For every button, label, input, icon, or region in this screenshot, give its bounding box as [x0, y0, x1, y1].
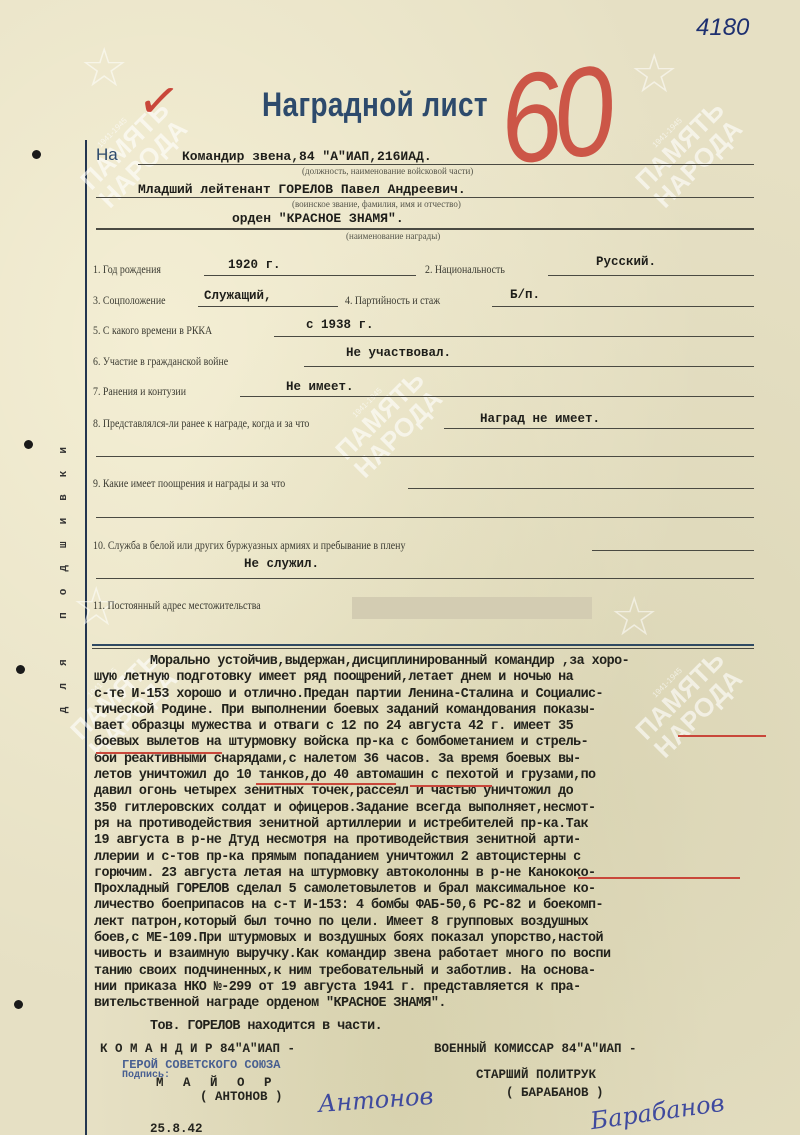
watermark-star-icon: ☆ [630, 42, 678, 105]
field-label-previous-awards: 8. Представлялся-ли ранее к награде, ког… [93, 418, 309, 430]
field-underline [592, 550, 754, 551]
punch-hole-mark [32, 150, 41, 159]
field-underline [96, 578, 754, 579]
field-value-rkka-since: с 1938 г. [306, 318, 374, 332]
field-underline [408, 488, 754, 489]
commissar-name: ( БАРАБАНОВ ) [506, 1086, 604, 1100]
field-underline [444, 428, 754, 429]
field-underline [96, 456, 754, 457]
red-underline-fuel-tankers [578, 877, 740, 879]
name-value: Младший лейтенант ГОРЕЛОВ Павел Андрееви… [138, 182, 466, 197]
award-underline [96, 228, 754, 230]
position-caption: (должность, наименование войсковой части… [302, 166, 473, 176]
field-label-rkka-since: 5. С какого времени в РККА [93, 325, 212, 337]
watermark: 1941-1945 ПАМЯТЬ НАРОДА [625, 91, 747, 213]
field-label-social-status: 3. Соцположение [93, 295, 166, 307]
field-label-nationality: 2. Национальность [425, 264, 505, 276]
commissar-title: ВОЕННЫЙ КОМИССАР 84"А"ИАП - [434, 1042, 637, 1056]
section-divider [92, 648, 754, 649]
red-annotation-number: 60 [493, 37, 614, 193]
field-value-civil-war: Не участвовал. [346, 346, 451, 360]
document-date: 25.8.42 [150, 1122, 203, 1135]
field-value-party: Б/п. [510, 288, 540, 302]
commissar-rank: СТАРШИЙ ПОЛИТРУК [476, 1068, 596, 1082]
citation-text: Морально устойчив,выдержан,дисциплиниров… [94, 654, 784, 1035]
watermark-star-icon: ☆ [80, 36, 128, 99]
commissar-handwritten-signature: Барабанов [589, 1089, 726, 1135]
field-underline [548, 275, 754, 276]
binding-margin-label: для подшивки [58, 430, 78, 713]
award-value: орден "КРАСНОЕ ЗНАМЯ". [232, 211, 404, 226]
field-underline [204, 275, 416, 276]
field-label-commendations: 9. Какие имеет поощрения и награды и за … [93, 478, 285, 490]
punch-hole-mark [14, 1000, 23, 1009]
red-underline-sorties [96, 752, 222, 754]
watermark-star-icon: ☆ [610, 585, 658, 648]
commander-title: К О М А Н Д И Р 84"А"ИАП - [100, 1042, 295, 1056]
field-underline [96, 517, 754, 518]
commander-name: ( АНТОНОВ ) [200, 1090, 283, 1104]
field-underline [240, 396, 754, 397]
position-underline [138, 164, 754, 165]
field-underline [492, 306, 754, 307]
commander-handwritten-signature: Антонов [317, 1082, 434, 1118]
field-value-birth-year: 1920 г. [228, 258, 281, 272]
field-label-wounds: 7. Ранения и контузии [93, 386, 186, 398]
red-checkmark-icon: ✓ [134, 69, 184, 132]
red-underline-vehicles [410, 785, 492, 787]
watermark: 1941-1945 ПАМЯТЬ НАРОДА [325, 361, 447, 483]
field-label-address: 11. Постоянный адрес местожительства [93, 600, 261, 612]
address-redaction [352, 597, 592, 619]
name-underline [96, 197, 754, 198]
field-value-white-army-service: Не служил. [244, 557, 319, 571]
na-label: На [96, 145, 118, 165]
field-label-white-army-service: 10. Служба в белой или других буржуазных… [93, 540, 405, 552]
field-label-party: 4. Партийность и стаж [345, 295, 440, 307]
archive-number: 4180 [696, 14, 749, 42]
document-title: Наградной лист [262, 86, 488, 125]
award-caption: (наименование награды) [346, 231, 440, 241]
field-underline [274, 336, 754, 337]
name-caption: (воинское звание, фамилия, имя и отчеств… [292, 199, 461, 209]
field-value-wounds: Не имеет. [286, 380, 354, 394]
field-value-social-status: Служащий, [204, 289, 272, 303]
field-value-nationality: Русский. [596, 255, 656, 269]
position-value: Командир звена,84 "А"ИАП,216ИАД. [182, 149, 432, 164]
field-underline [198, 306, 338, 307]
field-value-previous-awards: Наград не имеет. [480, 412, 600, 426]
field-label-birth-year: 1. Год рождения [93, 264, 161, 276]
commander-rank: М А Й О Р [156, 1076, 278, 1090]
field-underline [304, 366, 754, 367]
red-underline-sorties [678, 735, 766, 737]
section-divider [92, 644, 754, 646]
red-underline-tanks [256, 783, 396, 785]
punch-hole-mark [16, 665, 25, 674]
field-label-civil-war: 6. Участие в гражданской войне [93, 356, 228, 368]
punch-hole-mark [24, 440, 33, 449]
